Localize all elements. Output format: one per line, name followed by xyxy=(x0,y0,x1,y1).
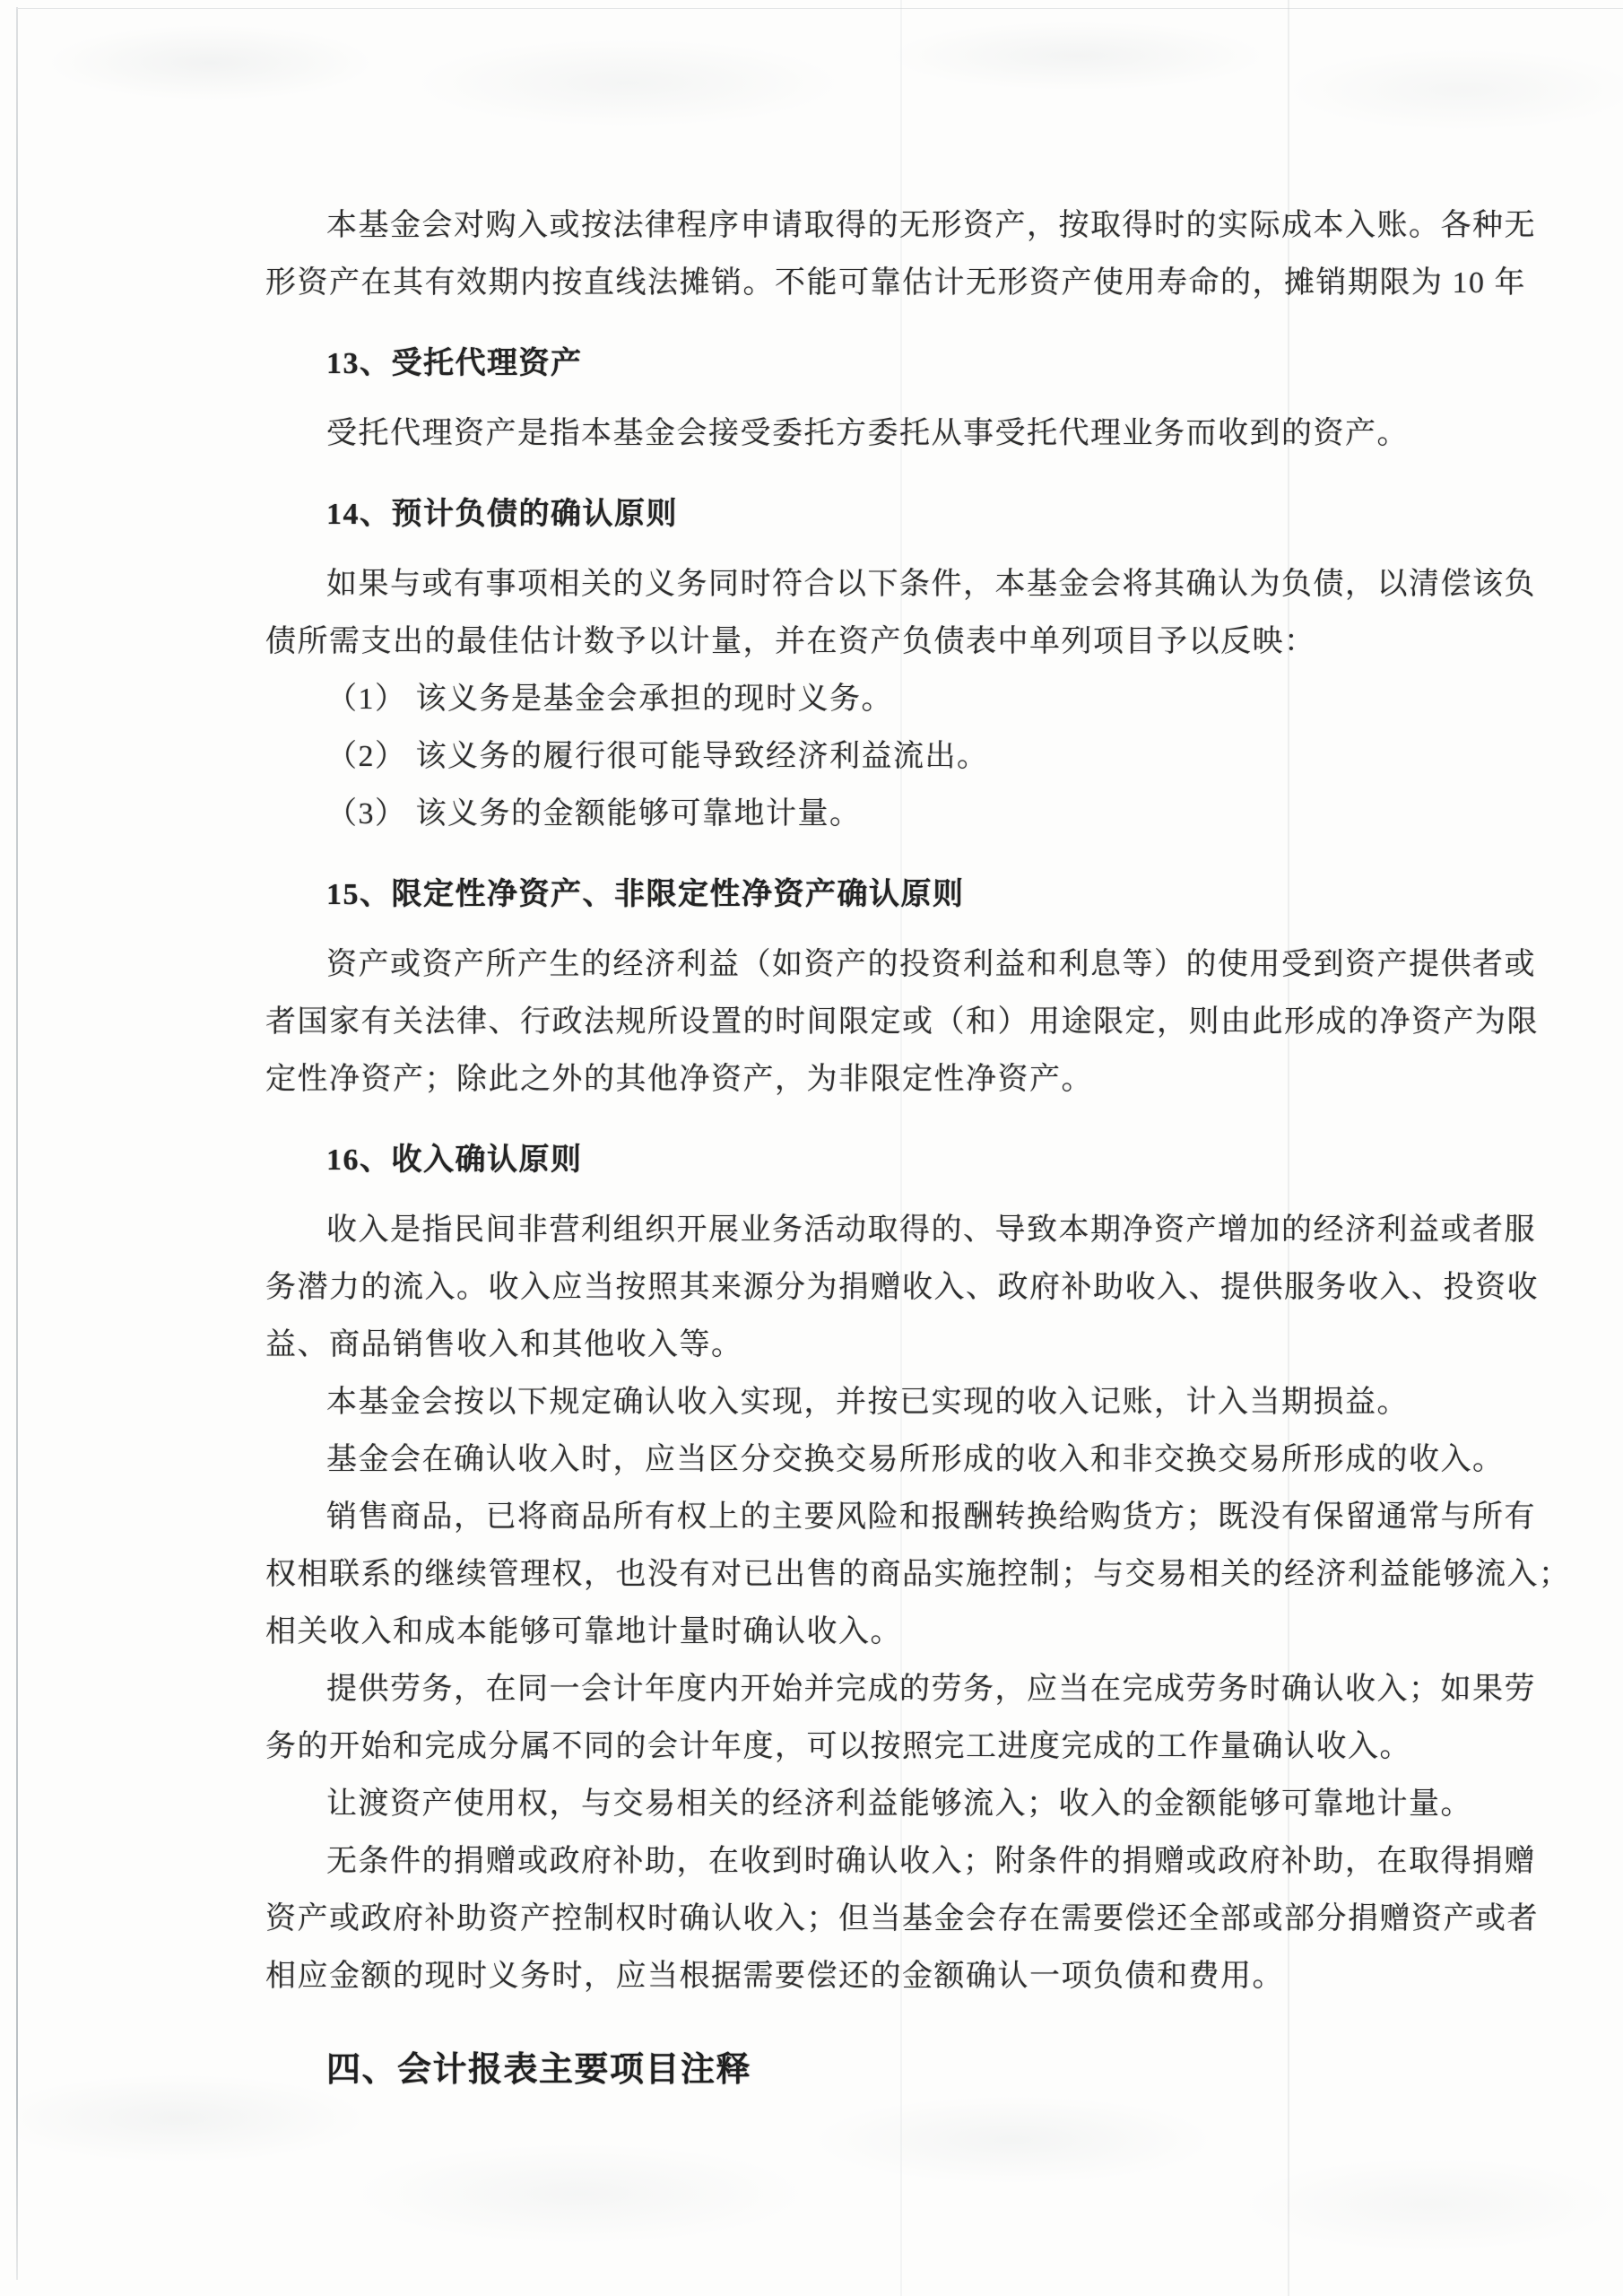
paragraph-line: 让渡资产使用权，与交易相关的经济利益能够流入；收入的金额能够可靠地计量。 xyxy=(265,1776,1488,1833)
list-item-1: （1） 该义务是基金会承担的现时义务。 xyxy=(265,671,1488,728)
list-item-3: （3） 该义务的金额能够可靠地计量。 xyxy=(265,786,1488,843)
paragraph-line: 销售商品，已将商品所有权上的主要风险和报酬转换给购货方；既没有保留通常与所有 xyxy=(265,1489,1488,1546)
paragraph-line: 收入是指民间非营利组织开展业务活动取得的、导致本期净资产增加的经济利益或者服 xyxy=(265,1202,1488,1259)
heading-14-estimated-liabilities: 14、预计负债的确认原则 xyxy=(265,486,1488,544)
paragraph-line: 受托代理资产是指本基金会接受委托方委托从事受托代理业务而收到的资产。 xyxy=(265,405,1488,463)
document-text-block: 本基金会对购入或按法律程序申请取得的无形资产，按取得时的实际成本入账。各种无 形… xyxy=(265,197,1488,2099)
section-heading-4-notes-to-financial-statements: 四、会计报表主要项目注释 xyxy=(265,2041,1488,2099)
paragraph-line: 提供劳务，在同一会计年度内开始并完成的劳务，应当在完成劳务时确认收入；如果劳 xyxy=(265,1661,1488,1718)
paragraph-line: 本基金会对购入或按法律程序申请取得的无形资产，按取得时的实际成本入账。各种无 xyxy=(265,197,1488,255)
paragraph-line: 基金会在确认收入时，应当区分交换交易所形成的收入和非交换交易所形成的收入。 xyxy=(265,1431,1488,1489)
paragraph-line: 本基金会按以下规定确认收入实现，并按已实现的收入记账，计入当期损益。 xyxy=(265,1374,1488,1431)
paragraph-line: 无条件的捐赠或政府补助，在收到时确认收入；附条件的捐赠或政府补助，在取得捐赠 xyxy=(265,1833,1488,1891)
page-top-edge-line xyxy=(16,8,1623,9)
paragraph-line: 相应金额的现时义务时，应当根据需要偿还的金额确认一项负债和费用。 xyxy=(265,1948,1488,2005)
heading-13-entrusted-agency-assets: 13、受托代理资产 xyxy=(265,335,1488,393)
scan-noise-top xyxy=(18,9,1623,143)
paragraph-line: 者国家有关法律、行政法规所设置的时间限定或（和）用途限定，则由此形成的净资产为限 xyxy=(265,994,1488,1051)
paragraph-line: 定性净资产；除此之外的其他净资产，为非限定性净资产。 xyxy=(265,1051,1488,1109)
paragraph-line: 权相联系的继续管理权，也没有对已出售的商品实施控制；与交易相关的经济利益能够流入… xyxy=(265,1546,1488,1604)
list-item-2: （2） 该义务的履行很可能导致经济利益流出。 xyxy=(265,728,1488,786)
heading-16-revenue-recognition: 16、收入确认原则 xyxy=(265,1132,1488,1189)
paragraph-line: 相关收入和成本能够可靠地计量时确认收入。 xyxy=(265,1604,1488,1661)
page-left-edge-line xyxy=(16,7,18,2280)
paragraph-line: 债所需支出的最佳估计数予以计量，并在资产负债表中单列项目予以反映： xyxy=(265,613,1488,671)
paragraph-line: 资产或资产所产生的经济利益（如资产的投资利益和利息等）的使用受到资产提供者或 xyxy=(265,936,1488,994)
paragraph-line: 如果与或有事项相关的义务同时符合以下条件，本基金会将其确认为负债，以清偿该负 xyxy=(265,556,1488,613)
paragraph-line: 益、商品销售收入和其他收入等。 xyxy=(265,1317,1488,1374)
scanned-document-page: 本基金会对购入或按法律程序申请取得的无形资产，按取得时的实际成本入账。各种无 形… xyxy=(0,0,1623,2296)
paragraph-line: 务的开始和完成分属不同的会计年度，可以按照完工进度完成的工作量确认收入。 xyxy=(265,1718,1488,1776)
paragraph-line: 资产或政府补助资产控制权时确认收入；但当基金会存在需要偿还全部或部分捐赠资产或者 xyxy=(265,1891,1488,1948)
paragraph-line: 形资产在其有效期内按直线法摊销。不能可靠估计无形资产使用寿命的，摊销期限为 10… xyxy=(265,255,1488,312)
heading-15-restricted-net-assets: 15、限定性净资产、非限定性净资产确认原则 xyxy=(265,866,1488,924)
paragraph-line: 务潜力的流入。收入应当按照其来源分为捐赠收入、政府补助收入、提供服务收入、投资收 xyxy=(265,1259,1488,1317)
